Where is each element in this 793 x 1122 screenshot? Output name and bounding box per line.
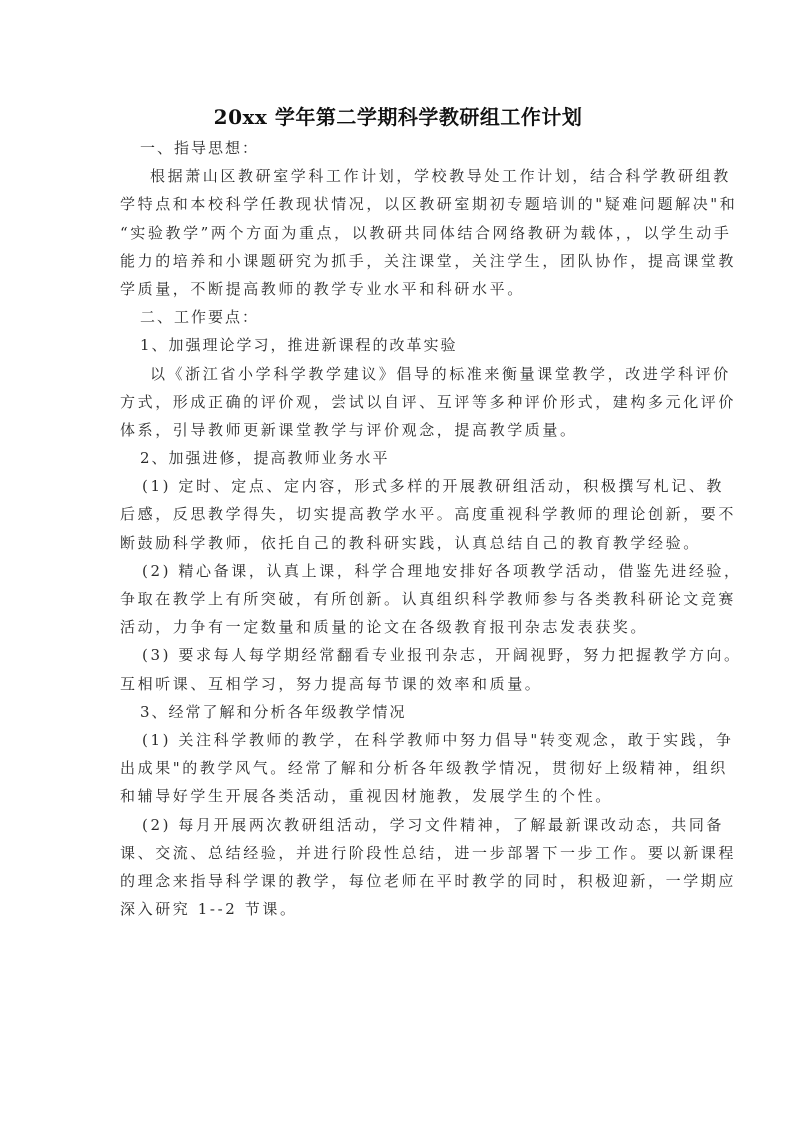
subsection-heading: 2、加强进修，提高教师业务水平 [120,444,676,472]
paragraph-line: 争取在教学上有所突破，有所创新。认真组织科学教师参与各类教科研论文竞赛 [120,585,676,613]
paragraph-line: 出成果"的教学风气。经常了解和分析各年级教学情况，贯彻好上级精神，组织 [120,754,676,782]
paragraph: (1) 关注科学教师的教学，在科学教师中努力倡导"转变观念，敢于实践，争 出成果… [120,726,676,811]
paragraph-line: (1) 关注科学教师的教学，在科学教师中努力倡导"转变观念，敢于实践，争 [120,726,676,754]
paragraph-line: 体系，引导教师更新课堂教学与评价观念，提高教学质量。 [120,416,676,444]
paragraph-line: 根据萧山区教研室学科工作计划，学校教导处工作计划，结合科学教研组教 [120,162,676,190]
paragraph-line: (2) 每月开展两次教研组活动，学习文件精神，了解最新课改动态，共同备 [120,811,676,839]
section-heading: 二、工作要点： [120,303,676,331]
paragraph: 根据萧山区教研室学科工作计划，学校教导处工作计划，结合科学教研组教 学特点和本校… [120,162,676,303]
paragraph-line: 互相听课、互相学习，努力提高每节课的效率和质量。 [120,670,676,698]
paragraph-line: 的理念来指导科学课的教学，每位老师在平时教学的同时，积极迎新，一学期应 [120,867,676,895]
paragraph-line: 和辅导好学生开展各类活动，重视因材施教，发展学生的个性。 [120,782,676,810]
section-guiding-ideology: 一、指导思想： 根据萧山区教研室学科工作计划，学校教导处工作计划，结合科学教研组… [120,134,676,303]
section-heading: 一、指导思想： [120,134,676,162]
paragraph-line: 学质量，不断提高教师的教学专业水平和科研水平。 [120,275,676,303]
subsection-heading: 1、加强理论学习，推进新课程的改革实验 [120,331,676,359]
paragraph-line: (3) 要求每人每学期经常翻看专业报刊杂志，开阔视野，努力把握教学方向。 [120,641,676,669]
paragraph-line: 断鼓励科学教师，依托自己的教科研实践，认真总结自己的教育教学经验。 [120,529,676,557]
paragraph-line: (2) 精心备课，认真上课，科学合理地安排好各项教学活动，借鉴先进经验， [120,557,676,585]
paragraph-line: 课、交流、总结经验，并进行阶段性总结，进一步部署下一步工作。要以新课程 [120,839,676,867]
paragraph: (2) 每月开展两次教研组活动，学习文件精神，了解最新课改动态，共同备 课、交流… [120,811,676,924]
paragraph-line: (1) 定时、定点、定内容，形式多样的开展教研组活动，积极撰写札记、教 [120,472,676,500]
section-work-points: 二、工作要点： 1、加强理论学习，推进新课程的改革实验 以《浙江省小学科学教学建… [120,303,676,923]
paragraph-line: “实验教学”两个方面为重点，以教研共同体结合网络教研为载体，，以学生动手 [120,219,676,247]
paragraph-line: 学特点和本校科学任教现状情况，以区教研室期初专题培训的"疑难问题解决"和 [120,190,676,218]
document-title: 20xx 学年第二学期科学教研组工作计划 [120,100,676,134]
paragraph-line: 以《浙江省小学科学教学建议》倡导的标准来衡量课堂教学，改进学科评价 [120,360,676,388]
document-page: 20xx 学年第二学期科学教研组工作计划 一、指导思想： 根据萧山区教研室学科工… [120,100,676,923]
paragraph: 以《浙江省小学科学教学建议》倡导的标准来衡量课堂教学，改进学科评价 方式，形成正… [120,360,676,445]
subsection-teacher-training: 2、加强进修，提高教师业务水平 (1) 定时、定点、定内容，形式多样的开展教研组… [120,444,676,698]
subsection-grade-analysis: 3、经常了解和分析各年级教学情况 (1) 关注科学教师的教学，在科学教师中努力倡… [120,698,676,924]
paragraph-line: 方式，形成正确的评价观，尝试以自评、互评等多种评价形式，建构多元化评价 [120,388,676,416]
paragraph: (1) 定时、定点、定内容，形式多样的开展教研组活动，积极撰写札记、教 后感，反… [120,472,676,557]
paragraph-line: 能力的培养和小课题研究为抓手，关注课堂，关注学生，团队协作，提高课堂教 [120,247,676,275]
subsection-heading: 3、经常了解和分析各年级教学情况 [120,698,676,726]
paragraph: (2) 精心备课，认真上课，科学合理地安排好各项教学活动，借鉴先进经验， 争取在… [120,557,676,642]
paragraph-line: 后感，反思教学得失，切实提高教学水平。高度重视科学教师的理论创新，要不 [120,500,676,528]
paragraph: (3) 要求每人每学期经常翻看专业报刊杂志，开阔视野，努力把握教学方向。 互相听… [120,641,676,697]
subsection-theory-study: 1、加强理论学习，推进新课程的改革实验 以《浙江省小学科学教学建议》倡导的标准来… [120,331,676,444]
paragraph-line: 活动，力争有一定数量和质量的论文在各级教育报刊杂志发表获奖。 [120,613,676,641]
paragraph-line: 深入研究 1--2 节课。 [120,895,676,923]
